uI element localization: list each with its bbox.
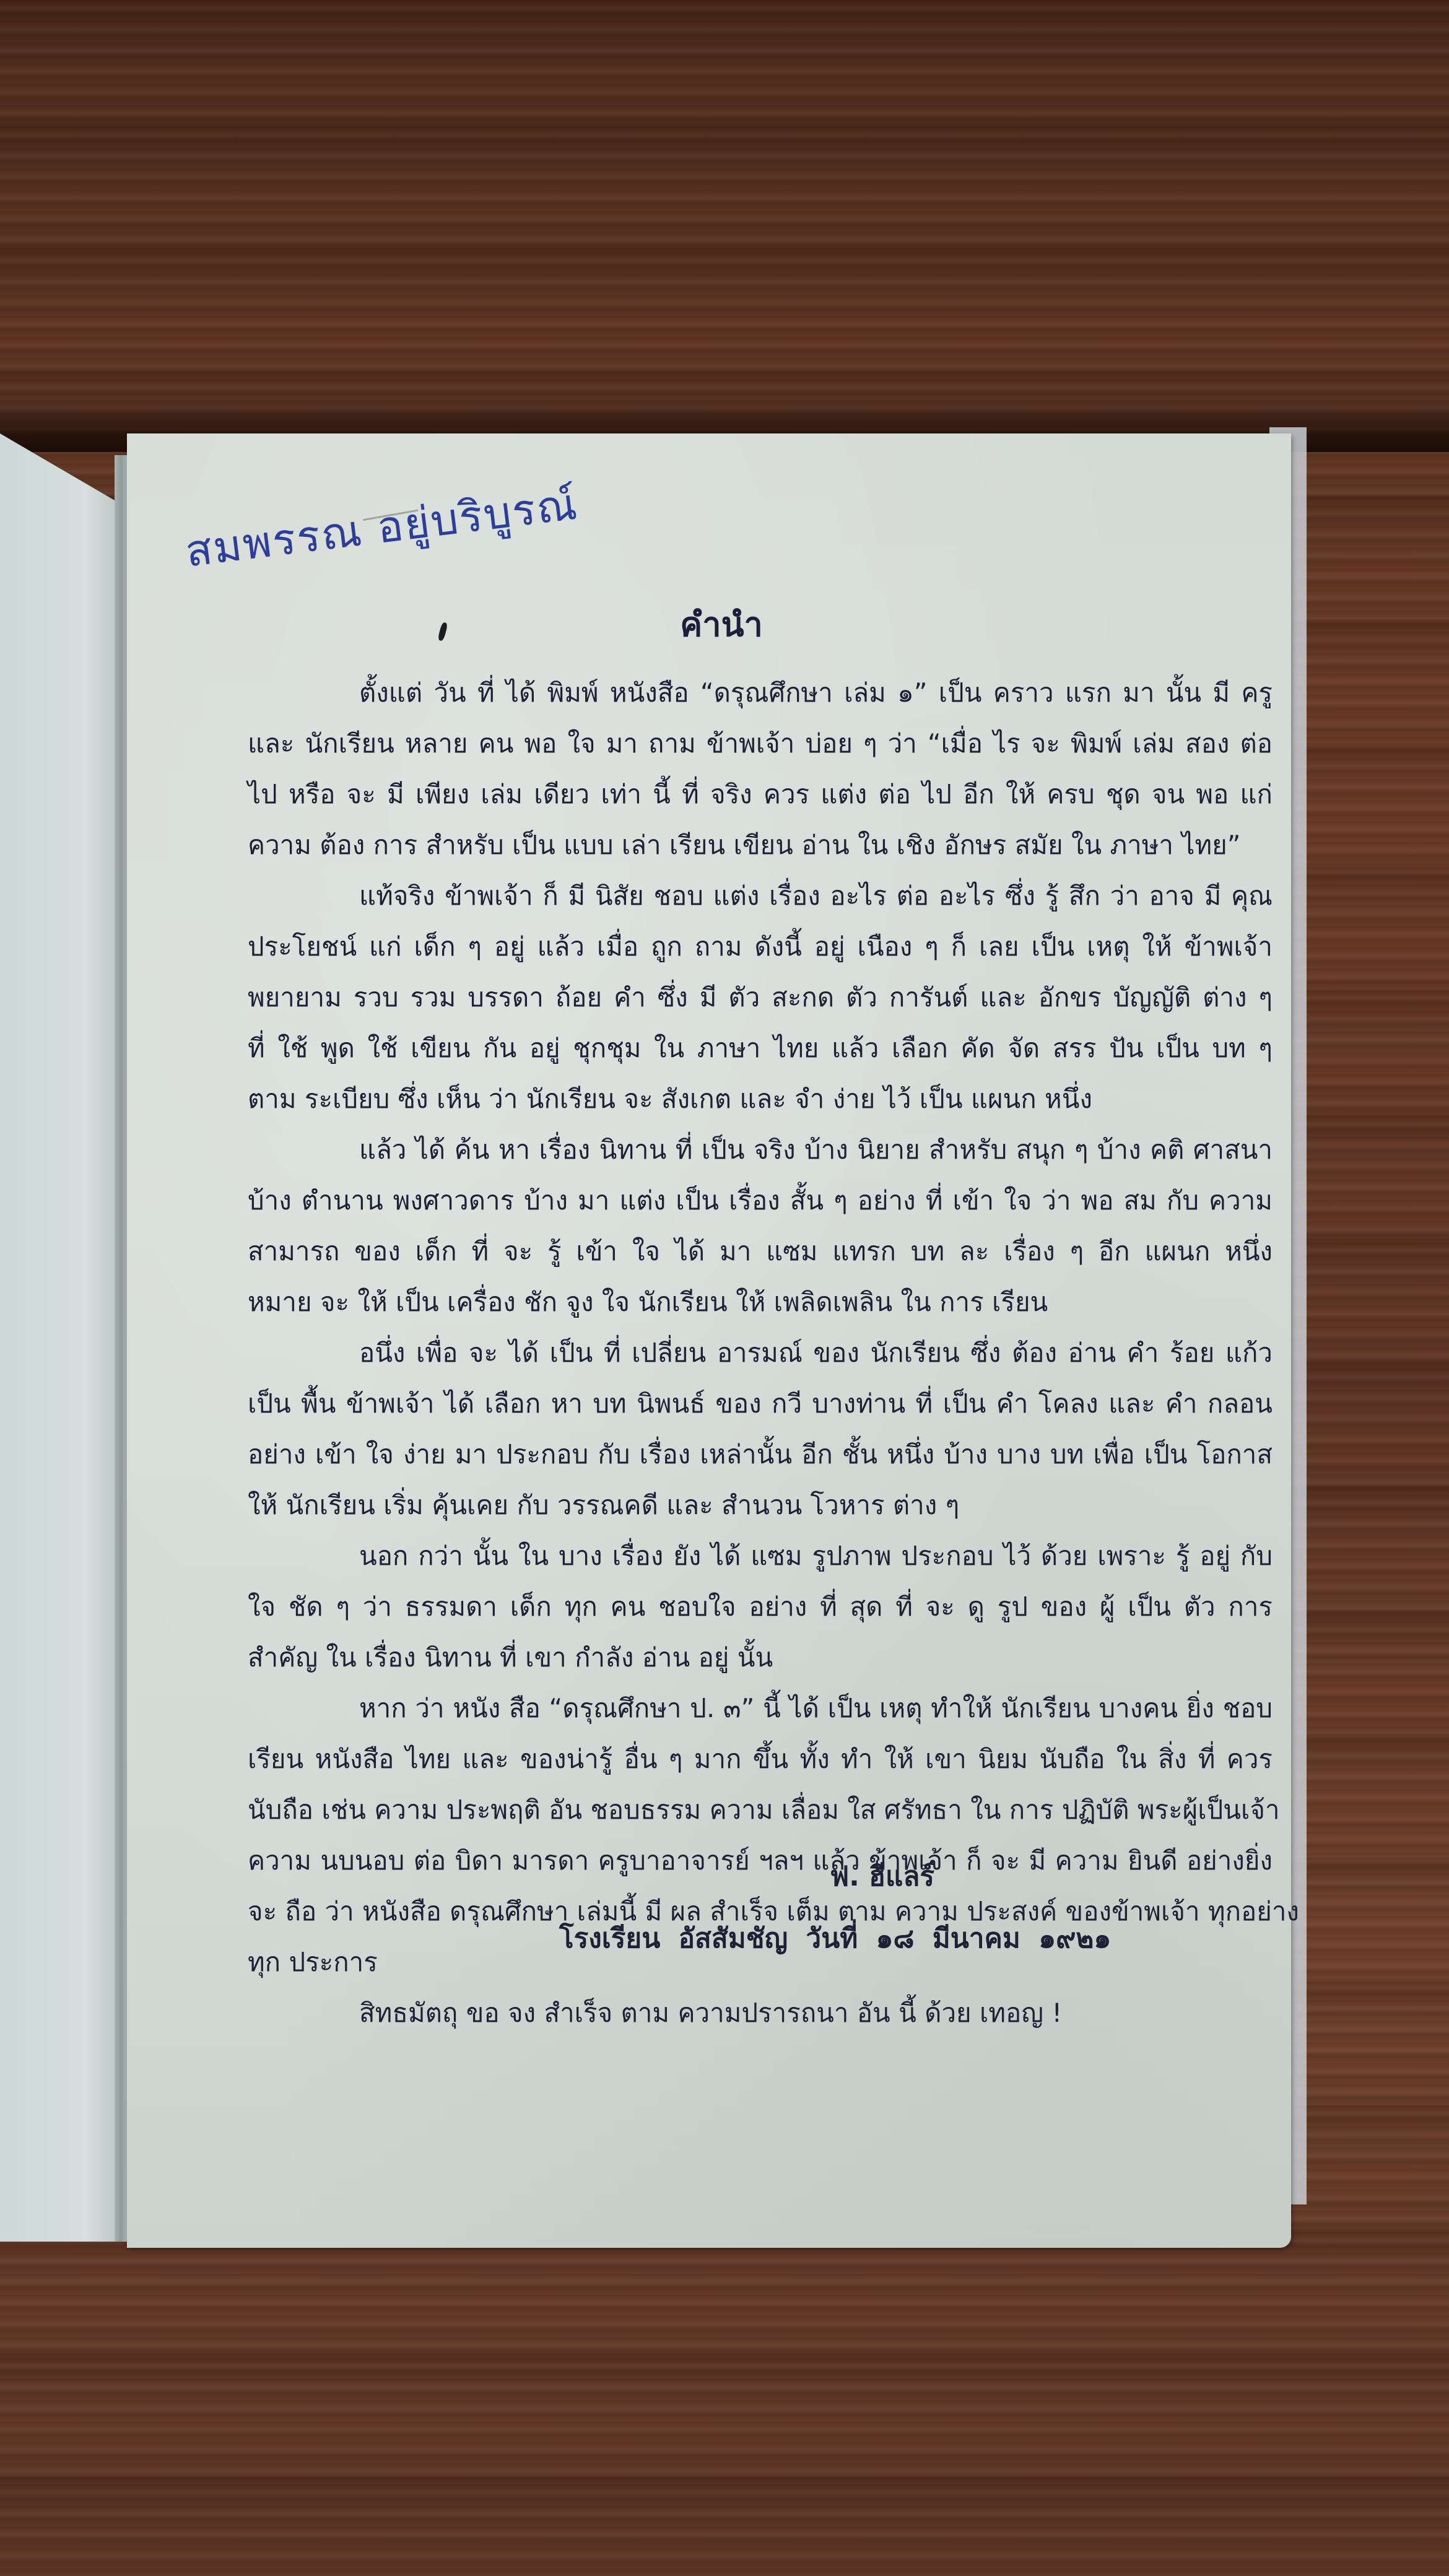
text-line: พยายาม รวบ รวม บรรดา ถ้อย คำ ซึ่ง มี ตัว… [248, 972, 1273, 1023]
text-line: และ นักเรียน หลาย คน พอ ใจ มา ถาม ข้าพเจ… [248, 718, 1273, 769]
book-gutter [115, 455, 128, 2242]
paragraph-1: ตั้งแต่ วัน ที่ ได้ พิมพ์ หนังสือ “ดรุณศ… [248, 668, 1273, 871]
text-line: นอก กว่า นั้น ใน บาง เรื่อง ยัง ได้ แซม … [248, 1531, 1273, 1582]
text-line: ไป หรือ จะ มี เพียง เล่ม เดียว เท่า นี้ … [248, 769, 1273, 820]
text-line: ความ ต้อง การ สำหรับ เป็น แบบ เล่า เรียน… [248, 820, 1273, 871]
text-line: อย่าง เข้า ใจ ง่าย มา ประกอบ กับ เรื่อง … [248, 1429, 1273, 1480]
text-line: ตาม ระเบียบ ซึ่ง เห็น ว่า นักเรียน จะ สั… [248, 1074, 1273, 1125]
handwritten-owner-name: สมพรรณ อยู่บริบูรณ์ [181, 469, 581, 586]
text-line: นับถือ เช่น ความ ประพฤติ อัน ชอบธรรม ควา… [248, 1785, 1273, 1835]
text-line: ตั้งแต่ วัน ที่ ได้ พิมพ์ หนังสือ “ดรุณศ… [248, 668, 1273, 718]
closing-blessing: สิทธมัตถุ ขอ จง สำเร็จ ตาม ความปรารถนา อ… [248, 1988, 1273, 2039]
preface-body: ตั้งแต่ วัน ที่ ได้ พิมพ์ หนังสือ “ดรุณศ… [248, 668, 1273, 2039]
text-line: ความ นบนอบ ต่อ บิดา มารดา ครูบาอาจารย์ ฯ… [248, 1835, 1273, 1886]
book-page: สมพรรณ อยู่บริบูรณ์ คำนำ ตั้งแต่ วัน ที่… [127, 433, 1291, 2248]
text-line: เป็น พื้น ข้าพเจ้า ได้ เลือก หา บท นิพนธ… [248, 1378, 1273, 1429]
left-page-edge [0, 433, 124, 2242]
paragraph-3: แล้ว ได้ ค้น หา เรื่อง นิทาน ที่ เป็น จร… [248, 1125, 1273, 1328]
text-line: ให้ นักเรียน เริ่ม คุ้นเคย กับ วรรณคดี แ… [248, 1480, 1273, 1531]
text-line: สามารถ ของ เด็ก ที่ จะ รู้ เข้า ใจ ได้ ม… [248, 1226, 1273, 1277]
text-line: ประโยชน์ แก่ เด็ก ๆ อยู่ แล้ว เมื่อ ถูก … [248, 921, 1273, 972]
paragraph-5: นอก กว่า นั้น ใน บาง เรื่อง ยัง ได้ แซม … [248, 1531, 1273, 1683]
text-line: แท้จริง ข้าพเจ้า ก็ มี นิสัย ชอบ แต่ง เร… [248, 871, 1273, 921]
text-line: ใจ ชัด ๆ ว่า ธรรมดา เด็ก ทุก คน ชอบใจ อย… [248, 1582, 1273, 1632]
page-title: คำนำ [127, 598, 1303, 651]
text-line: แล้ว ได้ ค้น หา เรื่อง นิทาน ที่ เป็น จร… [248, 1125, 1273, 1175]
text-line: สำคัญ ใน เรื่อง นิทาน ที่ เขา กำลัง อ่าน… [248, 1632, 1273, 1683]
author-signature: ฟ. ฮีแลร์ [830, 1855, 934, 1898]
paragraph-2: แท้จริง ข้าพเจ้า ก็ มี นิสัย ชอบ แต่ง เร… [248, 871, 1273, 1125]
text-line: อนึ่ง เพื่อ จะ ได้ เป็น ที่ เปลี่ยน อารม… [248, 1328, 1273, 1378]
text-line: หมาย จะ ให้ เป็น เครื่อง ชัก จูง ใจ นักเ… [248, 1277, 1273, 1328]
paragraph-4: อนึ่ง เพื่อ จะ ได้ เป็น ที่ เปลี่ยน อารม… [248, 1328, 1273, 1531]
text-line: ที่ ใช้ พูด ใช้ เขียน กัน อยู่ ชุกชุม ใน… [248, 1023, 1273, 1074]
text-line: เรียน หนังสือ ไทย และ ของน่ารู้ อื่น ๆ ม… [248, 1734, 1273, 1785]
school-and-date: โรงเรียน อัสสัมชัญ วันที่ ๑๘ มีนาคม ๑๙๒๑ [559, 1917, 1111, 1960]
text-line: หาก ว่า หนัง สือ “ดรุณศึกษา ป. ๓” นี้ ได… [248, 1683, 1273, 1734]
text-line: บ้าง ตำนาน พงศาวดาร บ้าง มา แต่ง เป็น เร… [248, 1175, 1273, 1226]
